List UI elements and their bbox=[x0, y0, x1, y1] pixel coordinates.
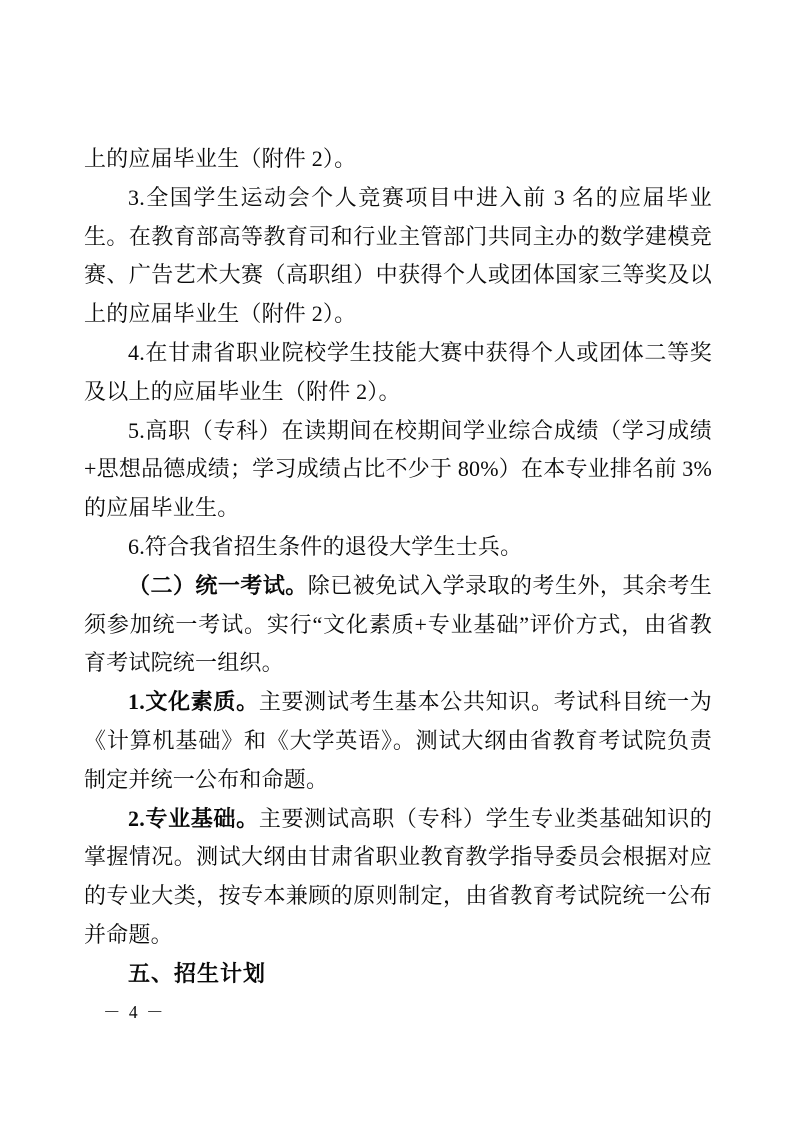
paragraph-item-6: 6.符合我省招生条件的退役大学生士兵。 bbox=[84, 528, 712, 567]
paragraph-unified-exam: （二）统一考试。除已被免试入学录取的考生外，其余考生须参加统一考试。实行“文化素… bbox=[84, 567, 712, 683]
paragraph-item-4: 4.在甘肃省职业院校学生技能大赛中获得个人或团体二等奖及以上的应届毕业生（附件 … bbox=[84, 334, 712, 412]
document-body: 上的应届毕业生（附件 2）。 3.全国学生运动会个人竞赛项目中进入前 3 名的应… bbox=[84, 140, 712, 994]
paragraph-text: 上的应届毕业生（附件 2）。 bbox=[84, 146, 356, 171]
paragraph-cultural-quality: 1.文化素质。主要测试考生基本公共知识。考试科目统一为《计算机基础》和《大学英语… bbox=[84, 683, 712, 799]
paragraph-text: 3.全国学生运动会个人竞赛项目中进入前 3 名的应届毕业生。在教育部高等教育司和… bbox=[84, 185, 712, 326]
paragraph-continuation: 上的应届毕业生（附件 2）。 bbox=[84, 140, 712, 179]
paragraph-lead: 1.文化素质。 bbox=[128, 689, 259, 714]
paragraph-text: 6.符合我省招生条件的退役大学生士兵。 bbox=[128, 534, 522, 559]
paragraph-item-5: 5.高职（专科）在读期间在校期间学业综合成绩（学习成绩+思想品德成绩；学习成绩占… bbox=[84, 412, 712, 528]
paragraph-lead: （二）统一考试。 bbox=[128, 573, 308, 598]
paragraph-text: 5.高职（专科）在读期间在校期间学业综合成绩（学习成绩+思想品德成绩；学习成绩占… bbox=[84, 418, 712, 521]
page-number: － 4 － bbox=[103, 999, 166, 1024]
section-heading-enrollment-plan: 五、招生计划 bbox=[84, 955, 712, 994]
document-page: 上的应届毕业生（附件 2）。 3.全国学生运动会个人竞赛项目中进入前 3 名的应… bbox=[0, 0, 794, 1123]
paragraph-text: 4.在甘肃省职业院校学生技能大赛中获得个人或团体二等奖及以上的应届毕业生（附件 … bbox=[84, 340, 712, 404]
paragraph-item-3: 3.全国学生运动会个人竞赛项目中进入前 3 名的应届毕业生。在教育部高等教育司和… bbox=[84, 179, 712, 334]
paragraph-professional-basis: 2.专业基础。主要测试高职（专科）学生专业类基础知识的掌握情况。测试大纲由甘肃省… bbox=[84, 800, 712, 955]
paragraph-lead: 2.专业基础。 bbox=[128, 806, 259, 831]
